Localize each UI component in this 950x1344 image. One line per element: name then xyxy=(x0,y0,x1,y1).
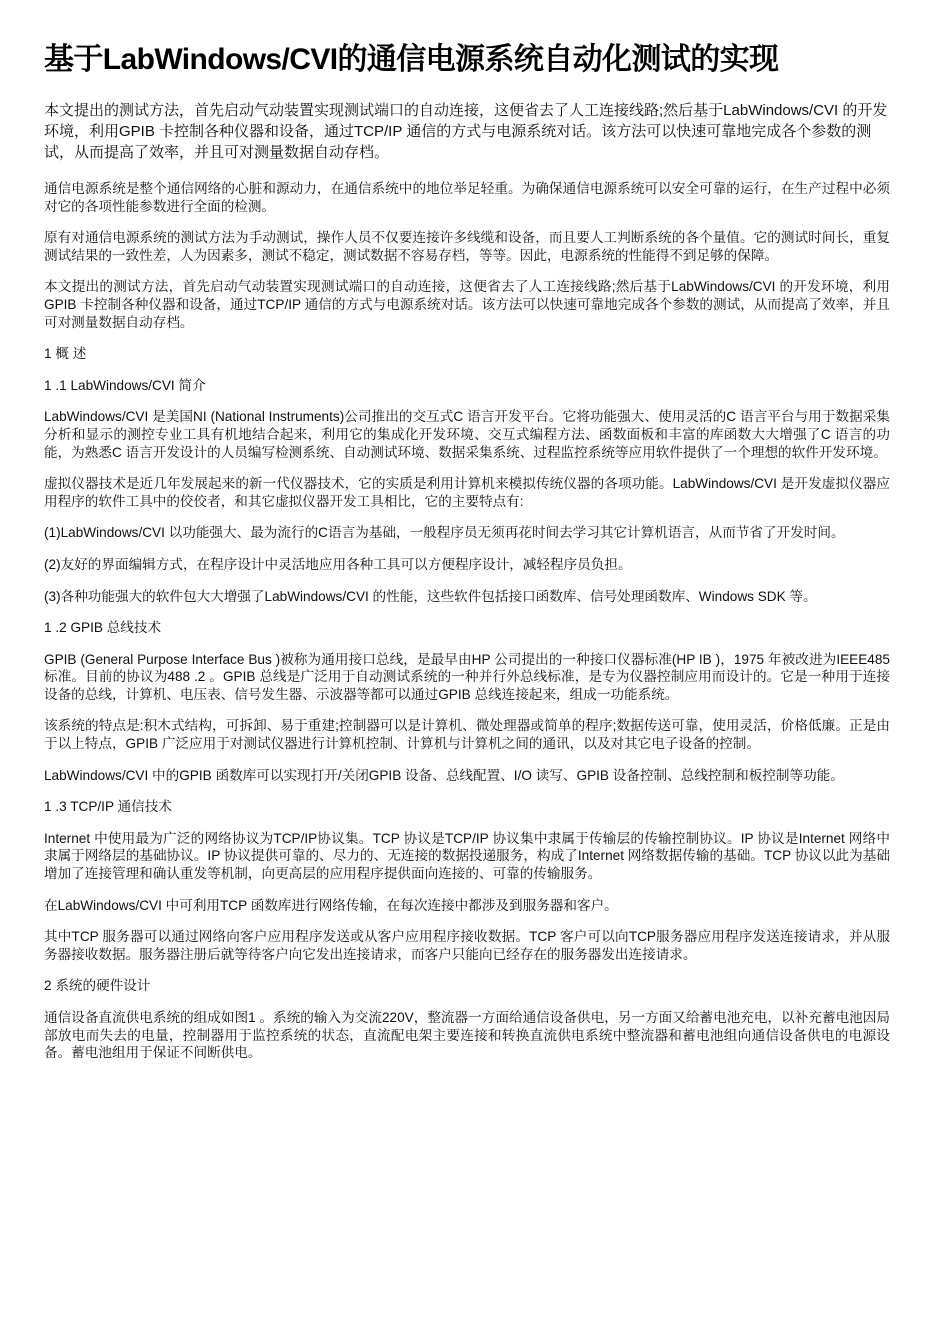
list-paragraph: (1)LabWindows/CVI 以功能强大、最为流行的C语言为基础，一般程序… xyxy=(44,524,890,542)
document-abstract: 本文提出的测试方法，首先启动气动装置实现测试端口的自动连接，这便省去了人工连接线… xyxy=(44,100,890,163)
subsection-heading: 1 .1 LabWindows/CVI 简介 xyxy=(44,377,890,395)
paragraph: LabWindows/CVI 是美国NI (National Instrumen… xyxy=(44,408,890,461)
paragraph: 通信设备直流供电系统的组成如图1 。系统的输入为交流220V，整流器一方面给通信… xyxy=(44,1009,890,1062)
subsection-heading: 1 .2 GPIB 总线技术 xyxy=(44,619,890,637)
list-paragraph: (3)各种功能强大的软件包大大增强了LabWindows/CVI 的性能，这些软… xyxy=(44,588,890,606)
paragraph: Internet 中使用最为广泛的网络协议为TCP/IP协议集。TCP 协议是T… xyxy=(44,830,890,883)
paragraph: 通信电源系统是整个通信网络的心脏和源动力，在通信系统中的地位举足轻重。为确保通信… xyxy=(44,180,890,215)
document-title: 基于LabWindows/CVI的通信电源系统自动化测试的实现 xyxy=(44,40,778,80)
section-heading: 2 系统的硬件设计 xyxy=(44,977,890,995)
section-heading: 1 概 述 xyxy=(44,345,890,363)
list-paragraph: (2)友好的界面编辑方式，在程序设计中灵活地应用各种工具可以方便程序设计，减轻程… xyxy=(44,556,890,574)
paragraph: 其中TCP 服务器可以通过网络向客户应用程序发送或从客户应用程序接收数据。TCP… xyxy=(44,928,890,963)
paragraph: 原有对通信电源系统的测试方法为手动测试，操作人员不仅要连接许多线缆和设备，而且要… xyxy=(44,229,890,264)
paragraph: 该系统的特点是:积木式结构，可拆卸、易于重建;控制器可以是计算机、微处理器或简单… xyxy=(44,717,890,752)
paragraph: GPIB (General Purpose Interface Bus )被称为… xyxy=(44,651,890,704)
subsection-heading: 1 .3 TCP/IP 通信技术 xyxy=(44,798,890,816)
paragraph: 本文提出的测试方法，首先启动气动装置实现测试端口的自动连接，这便省去了人工连接线… xyxy=(44,278,890,331)
paragraph: 虚拟仪器技术是近几年发展起来的新一代仪器技术，它的实质是利用计算机来模拟传统仪器… xyxy=(44,475,890,510)
document-body: 通信电源系统是整个通信网络的心脏和源动力，在通信系统中的地位举足轻重。为确保通信… xyxy=(44,180,890,1076)
paragraph: LabWindows/CVI 中的GPIB 函数库可以实现打开/关闭GPIB 设… xyxy=(44,767,890,785)
paragraph: 在LabWindows/CVI 中可利用TCP 函数库进行网络传输，在每次连接中… xyxy=(44,897,890,915)
